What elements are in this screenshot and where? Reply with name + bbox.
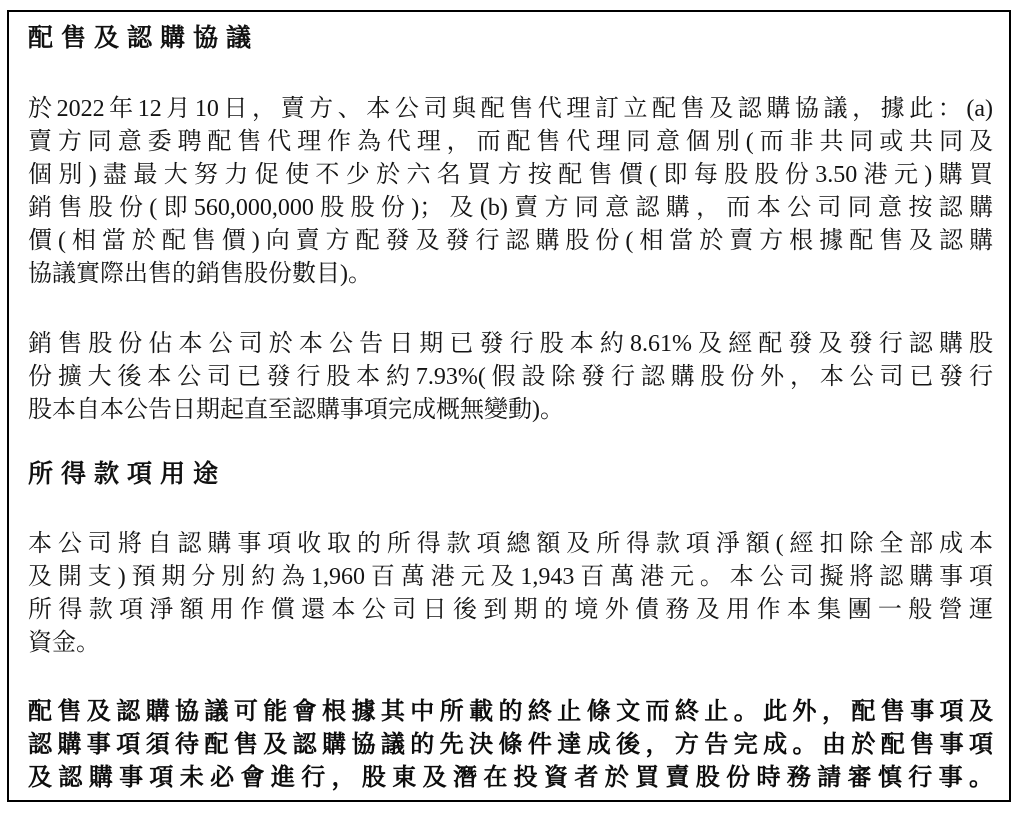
paragraph-warning-bold: 配售及認購協議可能會根據其中所載的終止條文而終止。此外，配售事項及 認購事項須待…: [28, 695, 993, 794]
paragraph-proceeds: 本公司將自認購事項收取的所得款項總額及所得款項淨額(經扣除全部成本 及開支)預期…: [28, 528, 993, 660]
heading-use-of-proceeds: 所得款項用途: [28, 459, 993, 489]
text-line: 所得款項淨額用作償還本公司日後到期的境外債務及用作本集團一般營運: [28, 594, 993, 627]
text-line: 個別)盡最大努力促使不少於六名買方按配售價(即每股股份3.50港元)購買: [28, 159, 993, 192]
text-line: 配售及認購協議可能會根據其中所載的終止條文而終止。此外，配售事項及: [28, 695, 993, 728]
paragraph-agreement-details: 於2022年12月10日，賣方、本公司與配售代理訂立配售及認購協議，據此：(a)…: [28, 93, 993, 291]
text-line: 股本自本公告日期起直至認購事項完成概無變動)。: [28, 394, 993, 427]
text-line: 本公司將自認購事項收取的所得款項總額及所得款項淨額(經扣除全部成本: [28, 528, 993, 561]
text-line: 及認購事項未必會進行，股東及潛在投資者於買賣股份時務請審慎行事。: [28, 761, 993, 794]
text-line: 賣方同意委聘配售代理作為代理，而配售代理同意個別(而非共同或共同及: [28, 126, 993, 159]
heading-placing-and-subscription-agreement: 配售及認購協議: [28, 23, 993, 53]
text-line: 及開支)預期分別約為1,960百萬港元及1,943百萬港元。本公司擬將認購事項: [28, 561, 993, 594]
text-line: 銷售股份佔本公司於本公告日期已發行股本約8.61%及經配發及發行認購股: [28, 328, 993, 361]
text-line: 份擴大後本公司已發行股本約7.93%(假設除發行認購股份外，本公司已發行: [28, 361, 993, 394]
announcement-page: 配售及認購協議 於2022年12月10日，賣方、本公司與配售代理訂立配售及認購協…: [7, 10, 1011, 802]
paragraph-share-capital-percentages: 銷售股份佔本公司於本公告日期已發行股本約8.61%及經配發及發行認購股 份擴大後…: [28, 328, 993, 427]
text-line: 價(相當於配售價)向賣方配發及發行認購股份(相當於賣方根據配售及認購: [28, 225, 993, 258]
text-line: 銷售股份(即560,000,000股股份)；及(b)賣方同意認購，而本公司同意按…: [28, 192, 993, 225]
text-line: 協議實際出售的銷售股份數目)。: [28, 258, 993, 291]
text-line: 資金。: [28, 627, 993, 660]
text-line: 認購事項須待配售及認購協議的先決條件達成後，方告完成。由於配售事項: [28, 728, 993, 761]
text-line: 於2022年12月10日，賣方、本公司與配售代理訂立配售及認購協議，據此：(a): [28, 93, 993, 126]
